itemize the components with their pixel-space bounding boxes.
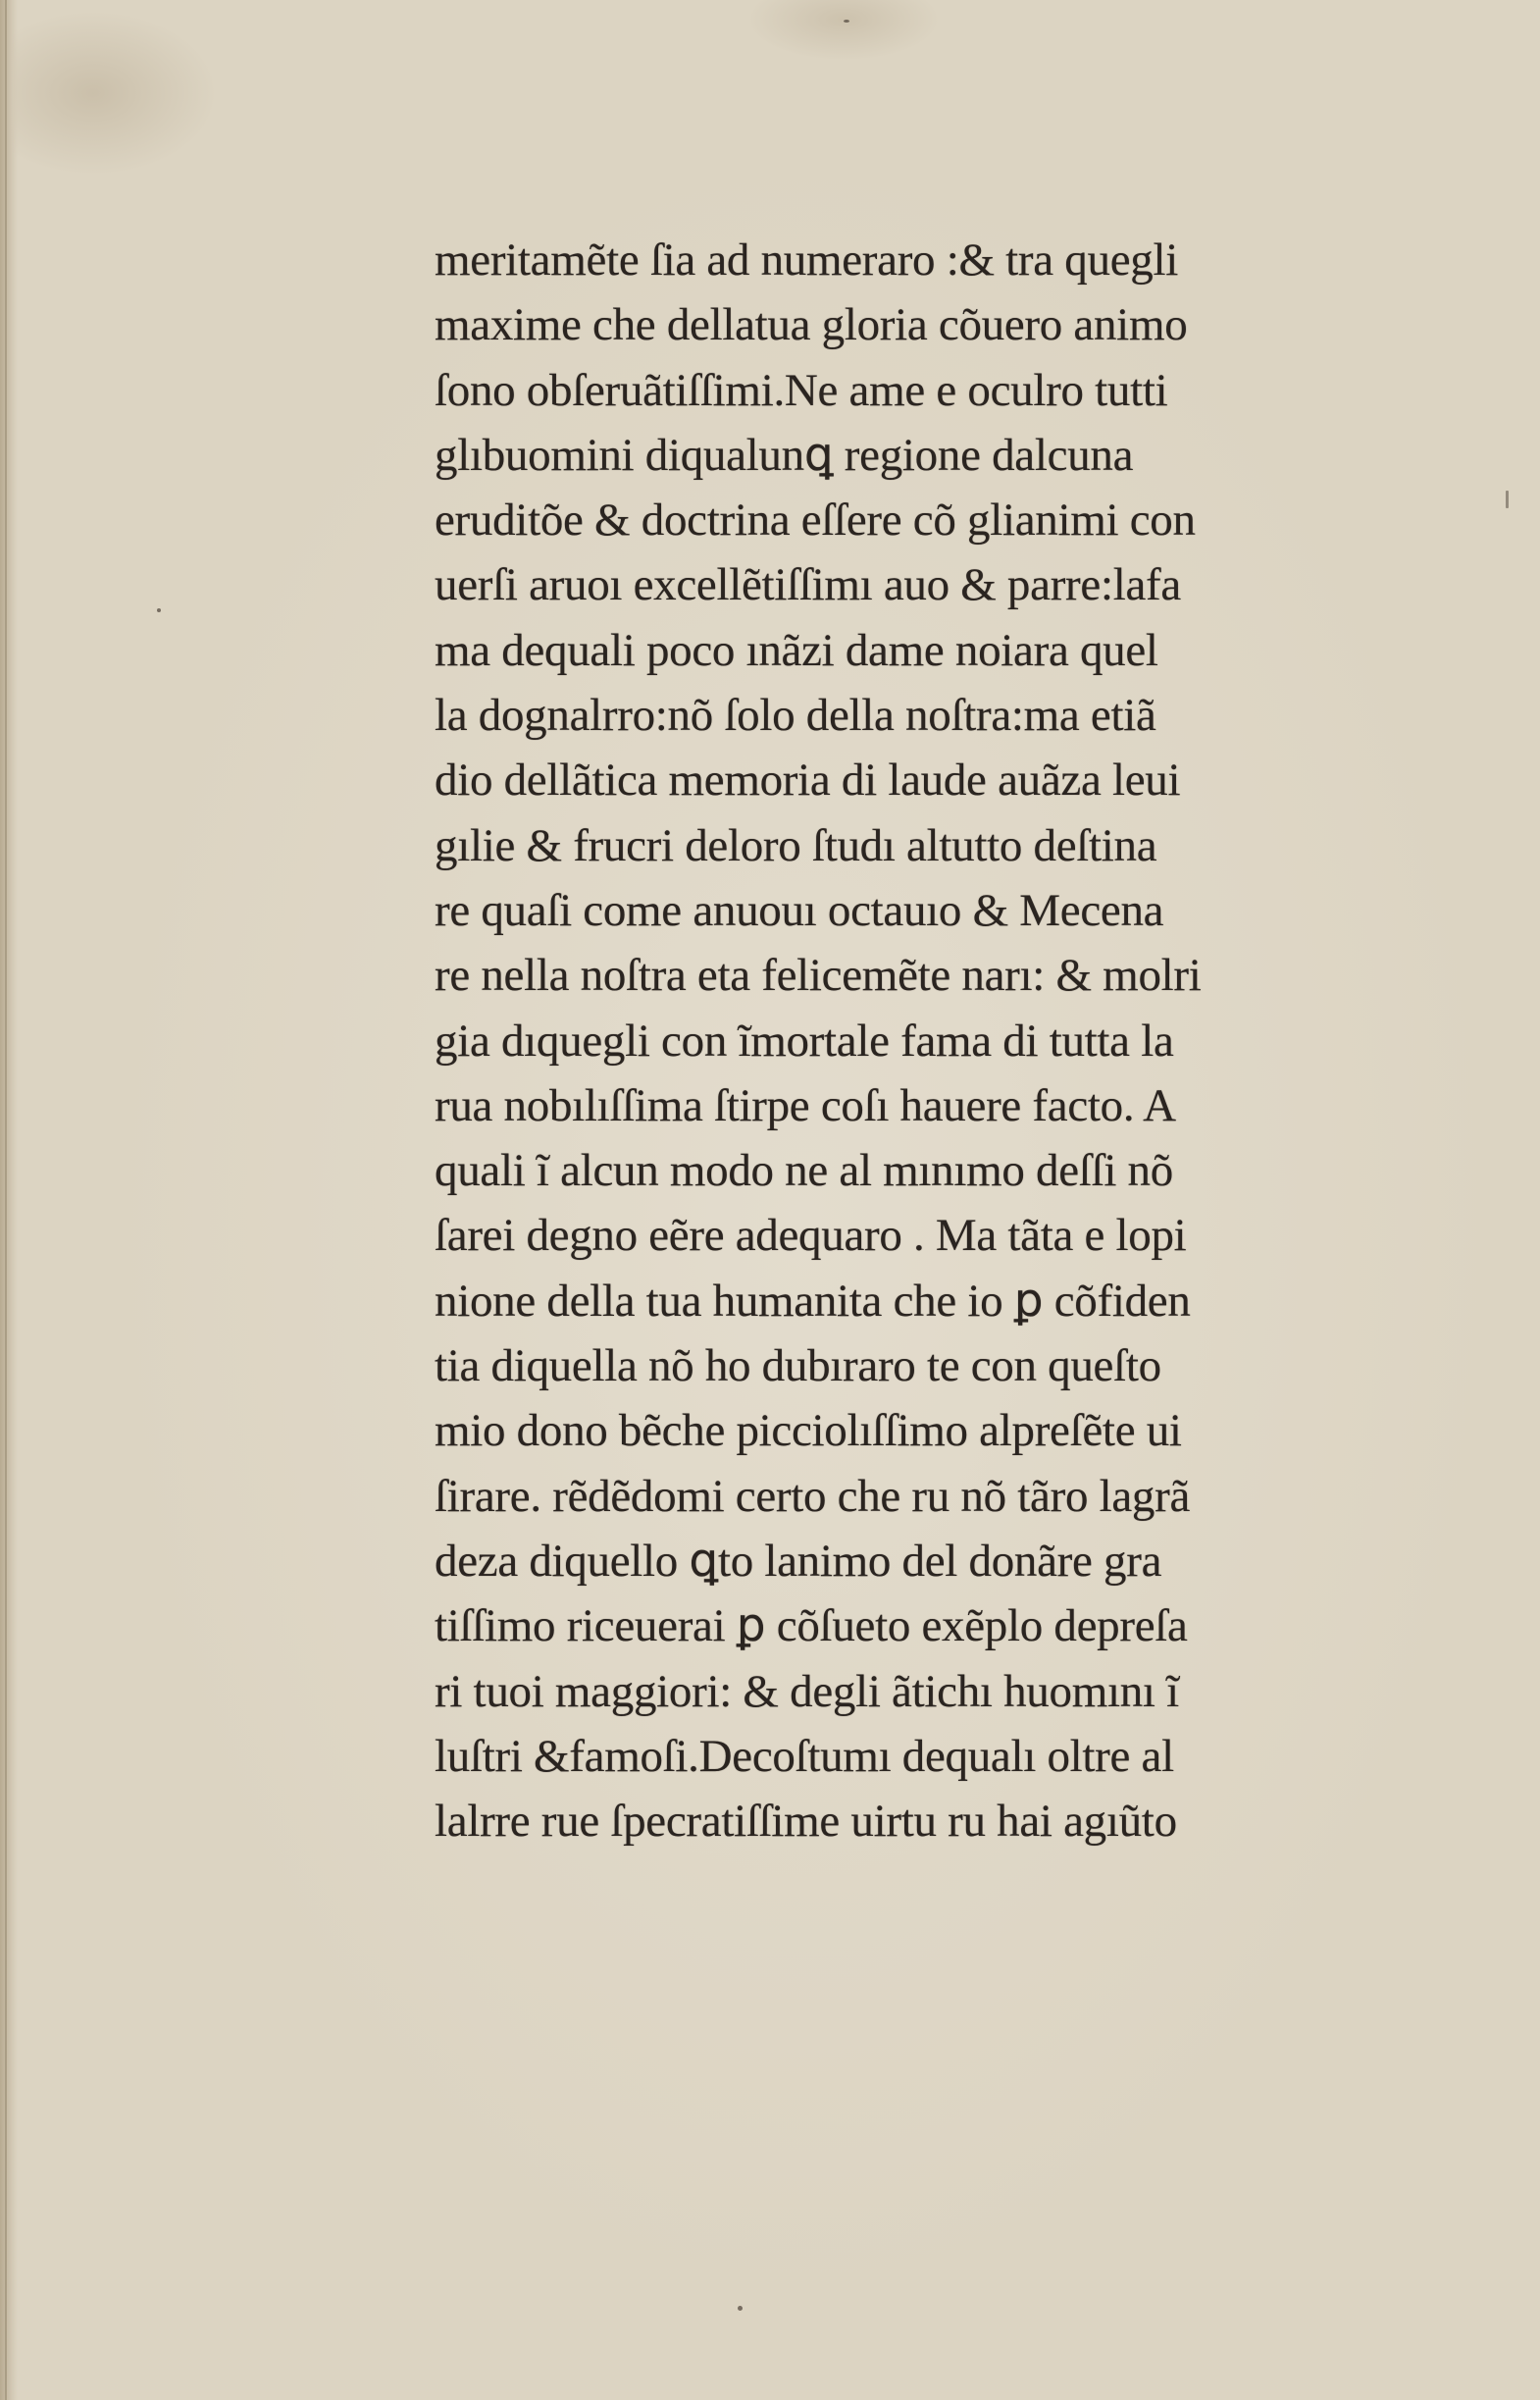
- text-line: re nella noſtra eta felicemẽte narı: & m…: [435, 943, 1376, 1008]
- text-line: deza diquello ꝗto lanimo del donãre gra: [435, 1529, 1376, 1593]
- text-line: glıbuomini diqualunꝗ regione dalcuna: [435, 423, 1376, 488]
- text-line: meritamẽte ſia ad numeraro :& tra quegli: [435, 228, 1376, 292]
- text-line: ſarei degno eẽre adequaro . Ma tãta e lo…: [435, 1203, 1376, 1268]
- paper-speck: [1506, 491, 1509, 508]
- paper-speck: [738, 2306, 743, 2311]
- text-line: ri tuoi maggiori: & degli ãtichı huomını…: [435, 1659, 1376, 1724]
- text-line: nione della tua humanita che io ꝑ cõfide…: [435, 1269, 1376, 1333]
- text-line: quali ĩ alcun modo ne al mınımo deſſi nõ: [435, 1138, 1376, 1203]
- binding-gutter: [0, 0, 18, 2400]
- text-block: meritamẽte ſia ad numeraro :& tra quegli…: [435, 228, 1376, 1853]
- text-line: eruditõe & doctrina eſſere cõ glianimi c…: [435, 488, 1376, 552]
- text-line: mio dono bẽche picciolıſſimo alpreſẽte u…: [435, 1398, 1376, 1463]
- text-line: gılie & frucri deloro ſtudı altutto deſt…: [435, 813, 1376, 878]
- text-line: uerſi aruoı excellẽtiſſimı auo & parre:l…: [435, 552, 1376, 617]
- text-line: maxime che dellatua gloria cõuero animo: [435, 292, 1376, 357]
- text-line: ſirare. rẽdẽdomi certo che ru nõ tãro la…: [435, 1464, 1376, 1529]
- text-line: re quaſi come anuouı octauıo & Mecena: [435, 878, 1376, 943]
- text-line: ſono obſeruãtiſſimi.Ne ame e oculro tutt…: [435, 358, 1376, 423]
- page-fold-line: [5, 0, 7, 2400]
- text-line: tia diquella nõ ho dubıraro te con queſt…: [435, 1333, 1376, 1398]
- text-line: dio dellãtica memoria di laude auãza leu…: [435, 748, 1376, 812]
- text-line: tiſſimo riceuerai ꝑ cõſueto exẽplo depre…: [435, 1593, 1376, 1658]
- text-line: ma dequali poco ınãzi dame noiara quel: [435, 618, 1376, 683]
- paper-speck: [844, 20, 849, 23]
- text-line: gia dıquegli con ĩmortale fama di tutta …: [435, 1009, 1376, 1073]
- text-line: lalrre rue ſpecratiſſime uirtu ru hai ag…: [435, 1789, 1376, 1853]
- paper-speck: [157, 608, 161, 612]
- text-line: luſtri &famoſi.Decoſtumı dequalı oltre a…: [435, 1724, 1376, 1789]
- text-line: rua nobılıſſima ſtirpe coſı hauere facto…: [435, 1073, 1376, 1138]
- book-page: meritamẽte ſia ad numeraro :& tra quegli…: [0, 0, 1540, 2400]
- text-line: la dognalrro:nõ ſolo della noſtra:ma eti…: [435, 683, 1376, 748]
